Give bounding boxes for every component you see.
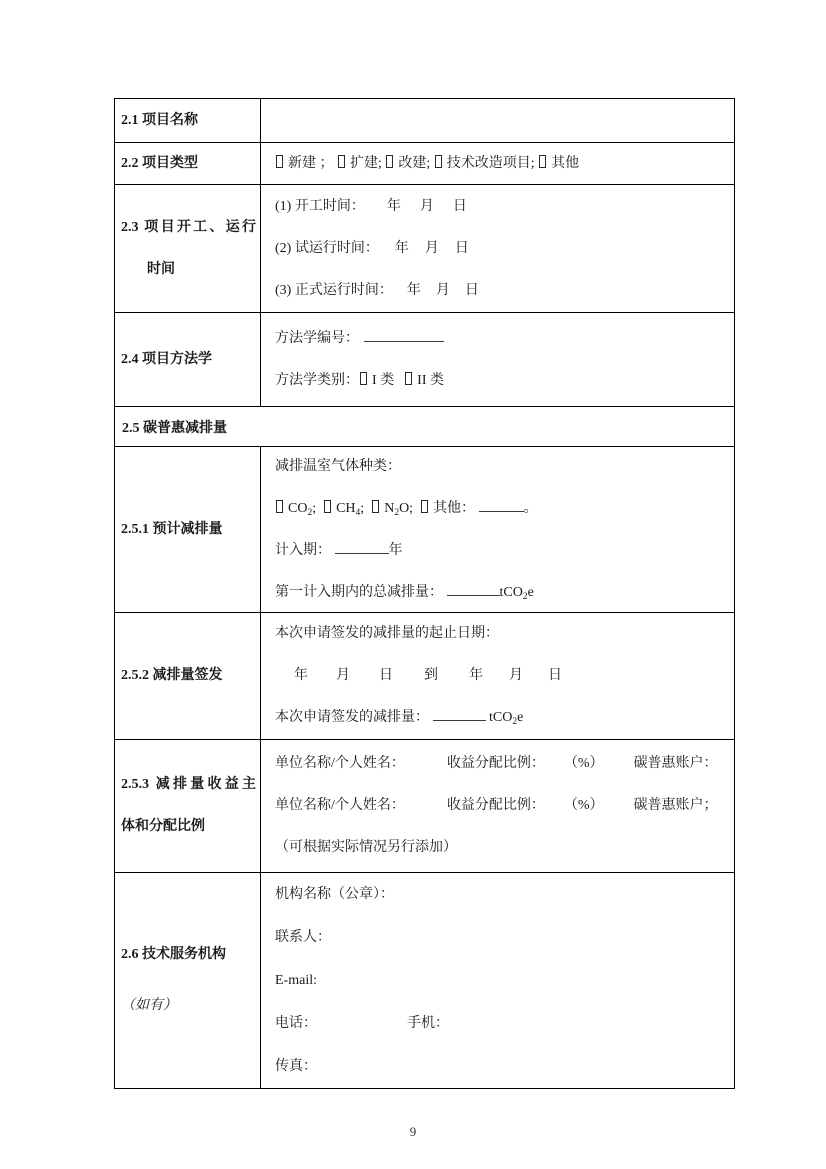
- spacer: [365, 209, 387, 210]
- field-line: 本次申请签发的减排量： tCO2e: [275, 697, 728, 739]
- text-segment: ;: [360, 501, 371, 516]
- text-segment: 年: [389, 543, 403, 558]
- row-2-6-label-cell: 2.6 技术服务机构 （如有）: [115, 873, 261, 1088]
- row-label-text: 2.3 项目开工、运行: [121, 207, 256, 249]
- spacer: [393, 293, 407, 294]
- row-2-5-1-label-cell: 2.5.1 预计减排量: [115, 447, 261, 612]
- spacer: [275, 678, 294, 679]
- field-line: 传真：: [275, 1045, 728, 1088]
- checkbox-icon: [338, 155, 345, 168]
- document-page: 2.1 项目名称 2.2 项目类型 新建 ； 扩建; 改建; 技术改造项目; 其…: [0, 0, 826, 1169]
- text-segment: 其他: [551, 156, 579, 171]
- blank-underline: [364, 329, 444, 342]
- row-label-text: 体和分配比例: [121, 806, 256, 848]
- spacer: [483, 678, 509, 679]
- field-line: 减排温室气体种类：: [275, 446, 728, 488]
- row-label-note: （如有）: [121, 985, 256, 1027]
- text-segment: N: [384, 501, 394, 516]
- spacer: [438, 678, 469, 679]
- row-2-2-value-cell: 新建 ； 扩建; 改建; 技术改造项目; 其他: [261, 143, 734, 184]
- spacer: [604, 766, 634, 767]
- row-2-5-3-value-cell: 单位名称/个人姓名：收益分配比例：（%）碳普惠账户： 单位名称/个人姓名：收益分…: [261, 740, 734, 872]
- row-label-text: 2.5.3 减排量收益主: [121, 764, 256, 806]
- spacer: [545, 766, 564, 767]
- text-segment: 技术改造项目;: [447, 156, 538, 171]
- text-segment: 年: [407, 283, 421, 298]
- gas-type-checkbox-line: CO2; CH4; N2O; 其他： 。: [275, 488, 728, 530]
- row-2-1-value-cell: [261, 99, 734, 142]
- row-2-3-label-cell: 2.3 项目开工、运行 时间: [115, 185, 261, 312]
- text-segment: 计入期：: [275, 543, 335, 558]
- checkbox-icon: [276, 500, 283, 513]
- text-segment: 碳普惠账户；: [634, 798, 718, 813]
- row-2-4-methodology: 2.4 项目方法学 方法学编号： 方法学类别：I 类II 类: [115, 313, 734, 407]
- text-segment: 年: [294, 668, 308, 683]
- row-2-5-2-value-cell: 本次申请签发的减排量的起止日期： 年月日到年月日 本次申请签发的减排量： tCO…: [261, 613, 734, 739]
- text-segment: 日: [453, 199, 467, 214]
- text-segment: 本次申请签发的减排量：: [275, 710, 433, 725]
- spacer: [308, 678, 336, 679]
- checkbox-icon: [276, 155, 283, 168]
- text-segment: 其他：: [433, 501, 479, 516]
- spacer: [450, 293, 465, 294]
- blank-underline: [479, 499, 524, 512]
- text-segment: CO: [288, 501, 307, 516]
- row-label-text: 2.2 项目类型: [121, 144, 256, 184]
- section-header-text: 2.5 碳普惠减排量: [115, 407, 734, 446]
- text-segment: 手机：: [407, 1016, 449, 1031]
- date-range-line: 年月日到年月日: [275, 655, 728, 697]
- beneficiary-entry-line: 单位名称/个人姓名：收益分配比例：（%）碳普惠账户：: [275, 743, 728, 785]
- text-segment: 第一计入期内的总减排量：: [275, 585, 447, 600]
- spacer: [405, 808, 447, 809]
- row-2-6-technical-service-org: 2.6 技术服务机构 （如有） 机构名称（公章）： 联系人： E-mail: 电…: [115, 873, 734, 1088]
- row-2-4-label-cell: 2.4 项目方法学: [115, 313, 261, 406]
- field-line: 机构名称（公章）：: [275, 873, 728, 916]
- text-segment: 月: [436, 283, 450, 298]
- checkbox-icon: [324, 500, 331, 513]
- row-2-5-3-label-cell: 2.5.3 减排量收益主 体和分配比例: [115, 740, 261, 872]
- checkbox-icon: [421, 500, 428, 513]
- text-segment: 日: [465, 283, 479, 298]
- text-segment: 新建 ；: [288, 156, 337, 171]
- spacer: [317, 1026, 407, 1027]
- spacer: [401, 209, 420, 210]
- spacer: [421, 293, 436, 294]
- row-2-2-label-cell: 2.2 项目类型: [115, 143, 261, 184]
- checkbox-icon: [372, 500, 379, 513]
- spacer: [523, 678, 548, 679]
- row-2-5-1-estimated-reduction: 2.5.1 预计减排量 减排温室气体种类： CO2; CH4; N2O; 其他：…: [115, 447, 734, 613]
- row-2-1-project-name: 2.1 项目名称: [115, 99, 734, 143]
- text-segment: II 类: [417, 373, 444, 388]
- text-segment: (1) 开工时间：: [275, 199, 365, 214]
- row-label-text: 时间: [121, 249, 256, 291]
- checkbox-options-line: 新建 ； 扩建; 改建; 技术改造项目; 其他: [275, 144, 728, 184]
- row-2-3-value-cell: (1) 开工时间：年月日 (2) 试运行时间：年月日 (3) 正式运行时间：年月…: [261, 185, 734, 312]
- spacer: [405, 766, 447, 767]
- text-segment: I 类: [372, 373, 394, 388]
- field-line: 方法学编号：: [275, 318, 728, 360]
- row-2-4-value-cell: 方法学编号： 方法学类别：I 类II 类: [261, 313, 734, 406]
- field-line: 第一计入期内的总减排量： tCO2e: [275, 572, 728, 614]
- text-segment: 月: [420, 199, 434, 214]
- text-segment: 方法学类别：: [275, 373, 359, 388]
- checkbox-icon: [386, 155, 393, 168]
- text-segment: 碳普惠账户：: [634, 756, 718, 771]
- spacer: [393, 678, 424, 679]
- page-number: 9: [0, 1124, 826, 1140]
- spacer: [379, 251, 395, 252]
- text-segment: 。: [524, 501, 538, 516]
- text-segment: 年: [395, 241, 409, 256]
- text-segment: 日: [379, 668, 393, 683]
- row-label-text: 2.6 技术服务机构: [121, 934, 256, 976]
- blank-underline: [335, 541, 389, 554]
- spacer: [545, 808, 564, 809]
- text-segment: （%）: [564, 798, 604, 813]
- spacer: [604, 808, 634, 809]
- text-segment: 月: [336, 668, 350, 683]
- beneficiary-entry-line: 单位名称/个人姓名：收益分配比例：（%）碳普惠账户；: [275, 785, 728, 827]
- row-label-text: 2.5.2 减排量签发: [121, 655, 256, 697]
- field-line: (1) 开工时间：年月日: [275, 186, 728, 228]
- row-2-5-2-issuance: 2.5.2 减排量签发 本次申请签发的减排量的起止日期： 年月日到年月日 本次申…: [115, 613, 734, 740]
- text-segment: 改建;: [398, 156, 433, 171]
- text-segment: 方法学编号：: [275, 331, 359, 346]
- text-segment: 收益分配比例：: [447, 798, 545, 813]
- row-2-5-2-label-cell: 2.5.2 减排量签发: [115, 613, 261, 739]
- form-table: 2.1 项目名称 2.2 项目类型 新建 ； 扩建; 改建; 技术改造项目; 其…: [114, 98, 735, 1089]
- text-segment: (3) 正式运行时间：: [275, 283, 393, 298]
- row-2-5-3-beneficiaries: 2.5.3 减排量收益主 体和分配比例 单位名称/个人姓名：收益分配比例：（%）…: [115, 740, 734, 873]
- text-segment: 日: [548, 668, 562, 683]
- field-line: 联系人：: [275, 916, 728, 959]
- text-segment: 单位名称/个人姓名：: [275, 756, 405, 771]
- checkbox-icon: [405, 372, 412, 385]
- text-segment: 日: [455, 241, 469, 256]
- text-segment: 收益分配比例：: [447, 756, 545, 771]
- text-segment: CH: [336, 501, 355, 516]
- text-segment: 单位名称/个人姓名：: [275, 798, 405, 813]
- field-line: 计入期： 年: [275, 530, 728, 572]
- text-segment: 到: [424, 668, 438, 683]
- row-label-text: 2.5.1 预计减排量: [121, 509, 256, 551]
- row-2-5-1-value-cell: 减排温室气体种类： CO2; CH4; N2O; 其他： 。 计入期： 年 第一…: [261, 447, 734, 612]
- row-2-1-label-cell: 2.1 项目名称: [115, 99, 261, 142]
- text-segment: 年: [387, 199, 401, 214]
- field-line: 本次申请签发的减排量的起止日期：: [275, 613, 728, 655]
- phone-mobile-line: 电话：手机：: [275, 1002, 728, 1045]
- spacer: [394, 383, 404, 384]
- spacer: [434, 209, 453, 210]
- spacer: [350, 678, 379, 679]
- field-line: E-mail:: [275, 959, 728, 1002]
- field-line: (2) 试运行时间：年月日: [275, 228, 728, 270]
- text-segment: e: [528, 585, 534, 600]
- note-line: （可根据实际情况另行添加）: [275, 827, 728, 869]
- field-line: (3) 正式运行时间：年月日: [275, 270, 728, 312]
- text-segment: 年: [469, 668, 483, 683]
- text-segment: e: [517, 710, 523, 725]
- field-line: 方法学类别：I 类II 类: [275, 360, 728, 402]
- text-segment: tCO: [500, 585, 523, 600]
- blank-underline: [447, 583, 500, 596]
- text-segment: （%）: [564, 756, 604, 771]
- row-label-text: 2.4 项目方法学: [121, 339, 256, 381]
- text-segment: 月: [509, 668, 523, 683]
- row-2-5-section-header: 2.5 碳普惠减排量: [115, 407, 734, 447]
- text-segment: (2) 试运行时间：: [275, 241, 379, 256]
- text-segment: 扩建;: [350, 156, 385, 171]
- text-segment: 电话：: [275, 1016, 317, 1031]
- row-2-3-start-run-time: 2.3 项目开工、运行 时间 (1) 开工时间：年月日 (2) 试运行时间：年月…: [115, 185, 734, 313]
- checkbox-icon: [435, 155, 442, 168]
- spacer: [439, 251, 455, 252]
- spacer: [409, 251, 425, 252]
- row-2-6-value-cell: 机构名称（公章）： 联系人： E-mail: 电话：手机： 传真：: [261, 873, 734, 1088]
- blank-underline: [433, 708, 486, 721]
- row-label-text: 2.1 项目名称: [121, 100, 256, 142]
- text-segment: O;: [399, 501, 420, 516]
- checkbox-icon: [360, 372, 367, 385]
- checkbox-icon: [539, 155, 546, 168]
- text-segment: ;: [312, 501, 323, 516]
- text-segment: tCO: [486, 710, 513, 725]
- row-2-2-project-type: 2.2 项目类型 新建 ； 扩建; 改建; 技术改造项目; 其他: [115, 143, 734, 185]
- text-segment: 月: [425, 241, 439, 256]
